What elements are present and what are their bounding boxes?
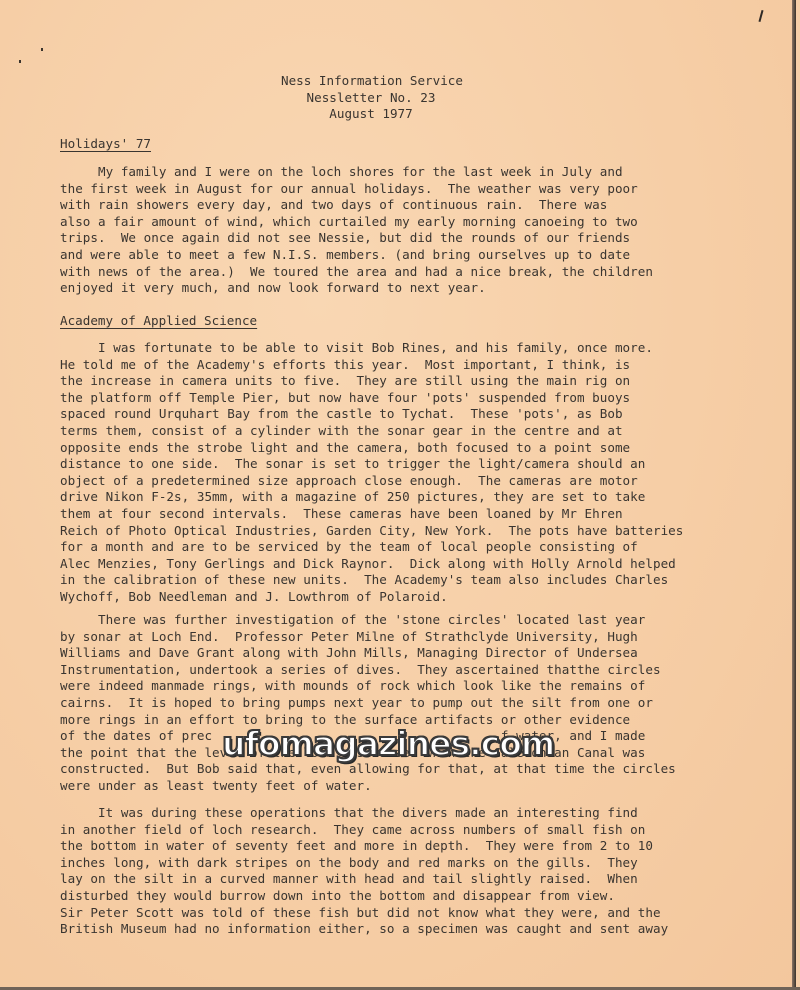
document-page: Ness Information Service Nessletter No. … — [0, 0, 796, 990]
paragraph: I was fortunate to be able to visit Bob … — [60, 340, 683, 606]
text-line: the first week in August for our annual … — [60, 181, 653, 198]
text-line: disturbed they would burrow down into th… — [60, 888, 668, 905]
text-line: the increase in camera units to five. Th… — [60, 373, 683, 390]
text-line: It was during these operations that the … — [60, 805, 668, 822]
text-line: with news of the area.) We toured the ar… — [60, 264, 653, 281]
section-heading-holidays: Holidays' 77 — [60, 136, 151, 151]
text-line: with rain showers every day, and two day… — [60, 197, 653, 214]
text-line: I was fortunate to be able to visit Bob … — [60, 340, 683, 357]
text-line: drive Nikon F-2s, 35mm, with a magazine … — [60, 489, 683, 506]
text-line: Williams and Dave Grant along with John … — [60, 645, 676, 662]
text-line: also a fair amount of wind, which curtai… — [60, 214, 653, 231]
text-line: Sir Peter Scott was told of these fish b… — [60, 905, 668, 922]
text-line: lay on the silt in a curved manner with … — [60, 871, 668, 888]
text-line: opposite ends the strobe light and the c… — [60, 440, 683, 457]
text-line: cairns. It is hoped to bring pumps next … — [60, 695, 676, 712]
text-line: distance to one side. The sonar is set t… — [60, 456, 683, 473]
text-line: the bottom in water of seventy feet and … — [60, 838, 668, 855]
text-line: for a month and are to be serviced by th… — [60, 539, 683, 556]
text-line: Alec Menzies, Tony Gerlings and Dick Ray… — [60, 556, 683, 573]
text-line: by sonar at Loch End. Professor Peter Mi… — [60, 629, 676, 646]
text-line: constructed. But Bob said that, even all… — [60, 761, 676, 778]
text-line: Reich of Photo Optical Industries, Garde… — [60, 523, 683, 540]
text-line: My family and I were on the loch shores … — [60, 164, 653, 181]
text-line: them at four second intervals. These cam… — [60, 506, 683, 523]
text-line: trips. We once again did not see Nessie,… — [60, 230, 653, 247]
text-line: and were able to meet a few N.I.S. membe… — [60, 247, 653, 264]
text-line: He told me of the Academy's efforts this… — [60, 357, 683, 374]
paragraph: My family and I were on the loch shores … — [60, 164, 653, 297]
paragraph: There was further investigation of the '… — [60, 612, 676, 795]
masthead: Ness Information Service Nessletter No. … — [0, 73, 800, 123]
text-line: inches long, with dark stripes on the bo… — [60, 855, 668, 872]
text-line: in another field of loch research. They … — [60, 822, 668, 839]
paper-speck — [41, 48, 43, 51]
paragraph: It was during these operations that the … — [60, 805, 668, 938]
text-line: were indeed manmade rings, with mounds o… — [60, 678, 676, 695]
newsletter-issue: Nessletter No. 23 — [0, 90, 800, 107]
text-line: the platform off Temple Pier, but now ha… — [60, 390, 683, 407]
pen-mark — [758, 10, 763, 22]
page-edge-right — [792, 0, 796, 990]
text-line: in the calibration of these new units. T… — [60, 572, 683, 589]
text-line: spaced round Urquhart Bay from the castl… — [60, 406, 683, 423]
organization-name: Ness Information Service — [0, 73, 800, 90]
paper-speck — [19, 60, 21, 63]
text-line: Wychoff, Bob Needleman and J. Lowthrom o… — [60, 589, 683, 606]
newsletter-date: August 1977 — [0, 106, 800, 123]
text-line: enjoyed it very much, and now look forwa… — [60, 280, 653, 297]
text-line: There was further investigation of the '… — [60, 612, 676, 629]
text-line: object of a predetermined size approach … — [60, 473, 683, 490]
section-heading-academy: Academy of Applied Science — [60, 313, 257, 328]
text-line: terms them, consist of a cylinder with t… — [60, 423, 683, 440]
text-line: were under as least twenty feet of water… — [60, 778, 676, 795]
text-line: Instrumentation, undertook a series of d… — [60, 662, 676, 679]
text-line: British Museum had no information either… — [60, 921, 668, 938]
watermark: ufomagazines.com — [222, 724, 554, 763]
